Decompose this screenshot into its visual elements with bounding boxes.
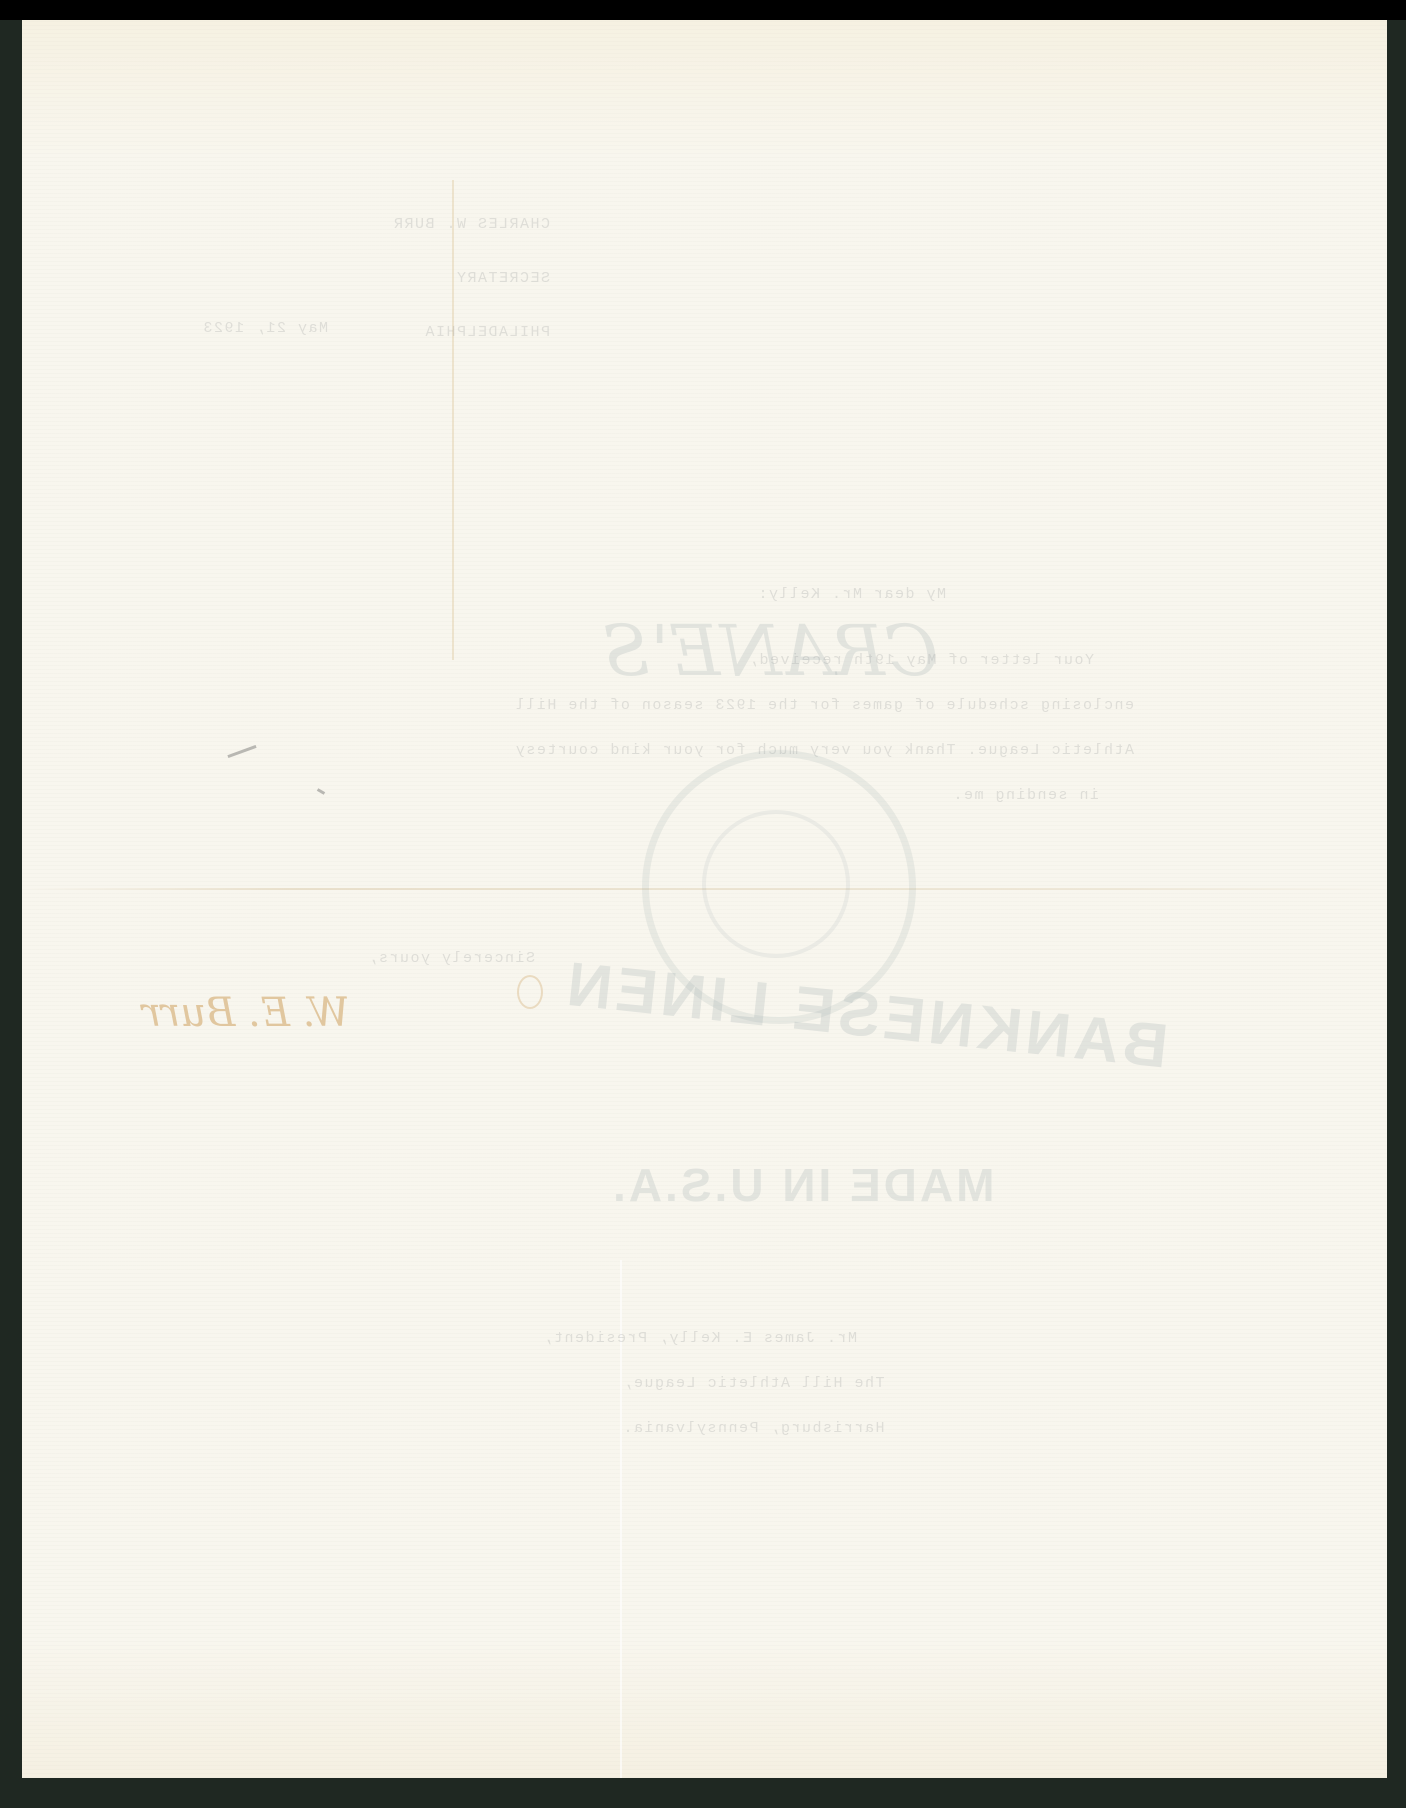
letterhead-ghost: CHARLES W. BURR SECRETARY PHILADELPHIA <box>190 180 550 378</box>
letterhead-line: CHARLES W. BURR <box>190 216 550 234</box>
body-line-ghost: enclosing schedule of games for the 1923… <box>294 697 1134 714</box>
letter-page: CHARLES W. BURR SECRETARY PHILADELPHIA M… <box>22 20 1387 1778</box>
pen-mark <box>227 745 256 758</box>
salutation-ghost: My dear Mr. Kelly: <box>757 586 946 603</box>
watermark-emblem <box>702 810 850 958</box>
addressee-line-ghost: Harrisburg, Pennsylvania. <box>622 1420 885 1437</box>
scan-top-border <box>0 0 1406 20</box>
closing-ghost: Sincerely yours, <box>367 950 535 967</box>
addressee-line-ghost: The Hill Athletic League, <box>622 1375 885 1392</box>
body-line-ghost: in sending me. <box>952 787 1099 804</box>
letterhead-line: SECRETARY <box>190 270 550 288</box>
scan-bottom-border <box>0 1778 1406 1808</box>
watermark-top-text: CRANE'S <box>602 610 938 692</box>
body-line-ghost: Athletic League. Thank you very much for… <box>294 742 1134 759</box>
pen-mark <box>317 788 325 795</box>
signature-ghost: W. E. Burr <box>142 990 350 1036</box>
date-ghost: May 21, 1923 <box>202 320 328 337</box>
paper-stain <box>517 975 543 1009</box>
addressee-line-ghost: Mr. James E. Kelly, President, <box>542 1330 857 1347</box>
watermark-bottom-text: MADE IN U.S.A. <box>610 1158 994 1212</box>
